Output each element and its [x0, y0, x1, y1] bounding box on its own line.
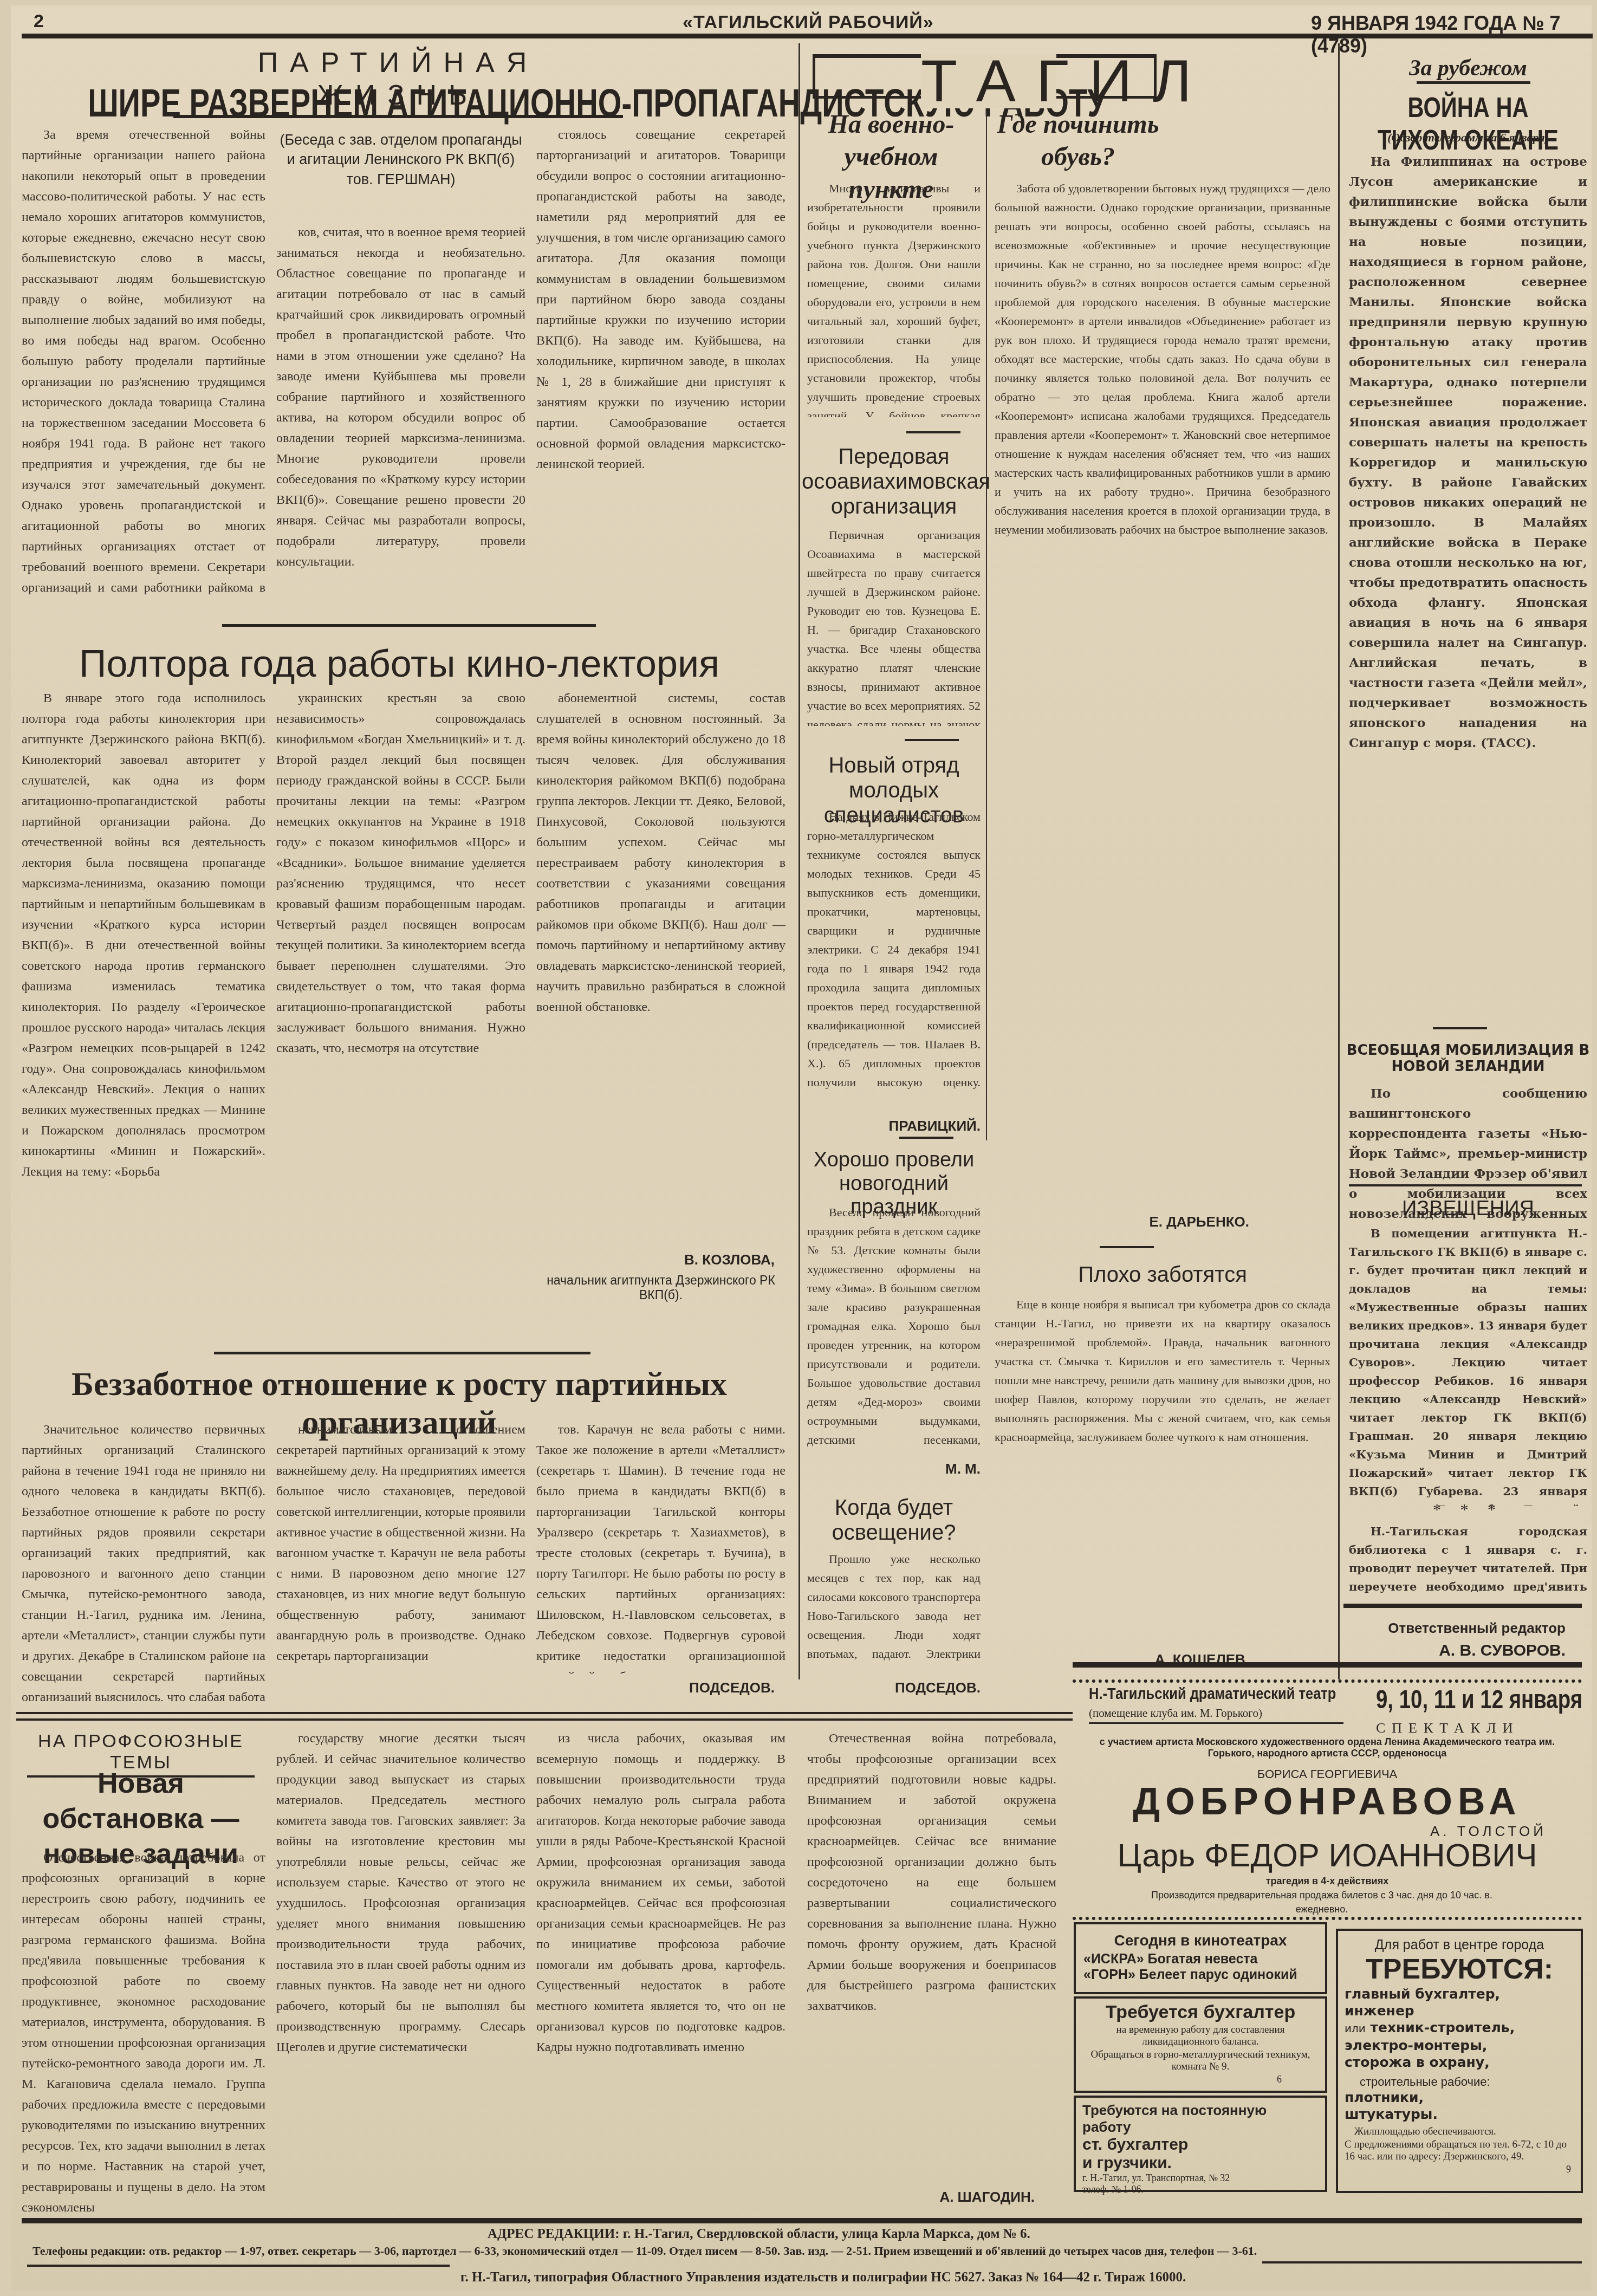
play-title: Царь ФЕДОР ИОАННОВИЧ [1083, 1837, 1571, 1874]
ad-border [1073, 1917, 1582, 1920]
header-rule [22, 34, 1593, 38]
editorial-address: АДРЕС РЕДАКЦИИ: г. Н.-Тагил, Свердловско… [488, 2227, 1030, 2242]
masthead: «ТАГИЛЬСКИЙ РАБОЧИЙ» [683, 12, 934, 33]
ticket-info: Производится предварительная продажа бил… [1138, 1888, 1506, 1916]
article-body: абонементной системы, состав слушателей … [536, 688, 785, 1230]
rule [27, 2265, 450, 2267]
article-body: украинских крестьян за свою независимост… [276, 688, 525, 1327]
library-notice: Н.-Тагильская городская библиотека с 1 я… [1349, 1522, 1587, 1593]
theater-venue: (помещение клуба им. М. Горького) [1089, 1707, 1343, 1724]
rule [1343, 1604, 1582, 1608]
cinema-line: «ГОРН» Белеет парус одинокий [1083, 1967, 1325, 1983]
ad-contact: Обращаться в горно-металлургический техн… [1082, 2049, 1319, 2073]
rule [214, 1352, 590, 1354]
byline: ПРАВИЦКИЙ. [807, 1118, 981, 1134]
headline-shoes: Где починить обувь? [991, 108, 1165, 173]
headline-careless: Плохо заботятся [995, 1262, 1330, 1287]
ad-title: Требуются на постоянную работу [1082, 2102, 1319, 2136]
headline-osoaviakhim: Передовая осоавиахимовская организация [802, 444, 986, 519]
article-body: стоялось совещание секретарей парторгани… [536, 125, 785, 596]
byline: В. КОЗЛОВА, [536, 1251, 775, 1268]
cinema-title: Сегодня в кинотеатрах [1076, 1932, 1325, 1949]
notices-body: В помещении агитпункта Н.-Тагильского ГК… [1349, 1224, 1587, 1506]
printing-info: г. Н.-Тагил, типография Областного Управ… [460, 2270, 1186, 2285]
rule [1100, 1246, 1154, 1248]
article-subnote: (Беседа с зав. отделом пропаганды и агит… [276, 130, 525, 189]
job-item: техник-строитель, [1371, 2020, 1515, 2035]
ad-housing: Жилплощадью обеспечиваются. [1354, 2126, 1581, 2138]
job-item: электро-монтеры, [1345, 2037, 1581, 2054]
article-body: тов. Карачун не вела работы с ними. Тако… [536, 1419, 785, 1674]
job-prefix: или [1345, 2022, 1366, 2035]
article-body: На днях в Нижне-Тагильском горно-металлу… [807, 807, 981, 1089]
theater-name: Н.-Тагильский драматический театр [1089, 1685, 1310, 1703]
rule [899, 1137, 953, 1139]
rule [1417, 81, 1530, 84]
permanent-jobs-ad: Требуются на постоянную работу ст. бухга… [1074, 2096, 1327, 2192]
notices-title: ИЗВЕЩЕНИЯ [1343, 1197, 1593, 1221]
cinema-ad: Сегодня в кинотеатрах «ИСКРА» Богатая не… [1074, 1922, 1327, 1994]
article-body: Значительное количество первичных партий… [22, 1419, 265, 1701]
section-title-tagil: ТАГИЛ [921, 54, 1056, 108]
ad-phone: телеф. № 1-06. [1082, 2184, 1325, 2195]
article-body: Отечественная война потребовала от профс… [22, 1847, 265, 2216]
article-body: За время отечественной войны партийные о… [22, 125, 265, 596]
rule [1262, 2261, 1582, 2263]
subnote: (Обзор телеграмм за 6 января) [1343, 130, 1593, 145]
headline-new-zealand: ВСЕОБЩАЯ МОБИЛИЗАЦИЯ В НОВОЙ ЗЕЛАНДИИ [1343, 1043, 1593, 1075]
jobs-ad: Для работ в центре города ТРЕБУЮТСЯ: гла… [1336, 1929, 1583, 2193]
rule [1073, 1662, 1582, 1668]
rule [16, 1712, 1073, 1714]
byline-sub: начальник агитпункта Дзержинского РК ВКП… [536, 1273, 785, 1302]
ad-title: Требуется бухгалтер [1076, 2002, 1325, 2023]
byline: Е. ДАРЬЕНКО. [995, 1214, 1249, 1230]
theater-label: СПЕКТАКЛИ [1376, 1720, 1519, 1736]
job-item: инженер [1345, 2002, 1581, 2019]
theater-dates: 9, 10, 11 и 12 января [1376, 1685, 1541, 1715]
article-body: Еще в конце ноября я выписал три кубомет… [995, 1295, 1330, 1501]
article-body: невнимательным отношением секретарей пар… [276, 1419, 525, 1701]
ad-line: и грузчики. [1082, 2154, 1325, 2172]
ad-body: на временную работу для составления ликв… [1082, 2024, 1319, 2048]
article-body: Забота об удовлетворении бытовых нужд тр… [995, 179, 1330, 1197]
byline: ПОДСЕДОВ. [807, 1679, 981, 1696]
editor-name: А. В. СУВОРОВ. [1349, 1642, 1566, 1660]
accountant-ad: Требуется бухгалтер на временную работу … [1074, 1996, 1327, 2093]
rule [906, 431, 960, 433]
ad-line: ст. бухгалтер [1082, 2136, 1325, 2154]
byline: А. ШАГОДИН. [807, 2189, 1035, 2206]
article-body: Отечественная война потребовала, чтобы п… [807, 1728, 1056, 2178]
section-title-abroad: За рубежом [1349, 54, 1587, 83]
headline-cinema-lecture: Полтора года работы кино-лектория [0, 642, 798, 686]
article-body: ков, считая, что в военное время теорией… [276, 222, 525, 596]
article-body: Прошло уже несколько месяцев с тех пор, … [807, 1549, 981, 1669]
theater-artist: с участием артиста Московского художеств… [1083, 1736, 1571, 1759]
job-item: плотники, [1345, 2089, 1581, 2106]
article-body: государству многие десятки тысяч рублей.… [276, 1728, 525, 2216]
article-body: из числа рабочих, оказывая им всемерную … [536, 1728, 785, 2216]
divider [798, 43, 800, 1679]
ad-title: ТРЕБУЮТСЯ: [1338, 1953, 1581, 1986]
editor-label: Ответственный редактор [1349, 1620, 1566, 1637]
headline-lighting: Когда будет освещение? [802, 1495, 986, 1545]
rule [905, 739, 959, 741]
ad-num: 9 [1338, 2164, 1571, 2175]
divider [986, 111, 987, 1140]
ad-border [1073, 1679, 1582, 1683]
stars-divider: * * * [1349, 1501, 1587, 1519]
article-body: На Филиппинах на острове Лусон американс… [1349, 152, 1587, 986]
rule [1349, 1184, 1582, 1186]
headline-agitation: ШИРЕ РАЗВЕРНЕМ АГИТАЦИОННО-ПРОПАГАНДИСТС… [88, 81, 711, 126]
headline-pacific: ВОЙНА НА ТИХОМ ОКЕАНЕ [1368, 92, 1568, 157]
cinema-line: «ИСКРА» Богатая невеста [1083, 1951, 1325, 1967]
page-number: 2 [34, 11, 44, 32]
byline: М. М. [807, 1461, 981, 1477]
article-body: В январе этого года исполнилось полтора … [22, 688, 265, 1327]
job-item: штукатуры. [1345, 2106, 1581, 2123]
rule [1433, 1027, 1487, 1029]
article-body: Много инициативы и изобретательности про… [807, 179, 981, 417]
divider [1338, 43, 1340, 1679]
ad-contact: С предложениями обращаться по тел. 6-72,… [1345, 2139, 1574, 2163]
artist-surname: ДОБРОНРАВОВА [1083, 1780, 1571, 1823]
article-body: Первичная организация Осоавиахима в маст… [807, 526, 981, 726]
ad-workers: строительные рабочие: [1360, 2075, 1581, 2089]
ad-address: г. Н.-Тагил, ул. Транспортная, № 32 [1082, 2172, 1325, 2184]
job-item: главный бухгалтер, [1345, 1986, 1581, 2002]
article-body: Весело провели новогодний праздник ребят… [807, 1203, 981, 1452]
byline: ПОДСЕДОВ. [536, 1679, 775, 1696]
job-item: сторожа в охрану, [1345, 2054, 1581, 2071]
editorial-phones: Телефоны редакции: отв. редактор — 1-97,… [33, 2244, 1257, 2258]
rule [222, 624, 596, 627]
rule [16, 1718, 1073, 1721]
play-genre: трагедия в 4-х действиях [1083, 1876, 1571, 1887]
footer-rule [22, 2218, 1582, 2223]
ad-num: 6 [1076, 2074, 1282, 2085]
ad-intro: Для работ в центре города [1338, 1937, 1581, 1953]
